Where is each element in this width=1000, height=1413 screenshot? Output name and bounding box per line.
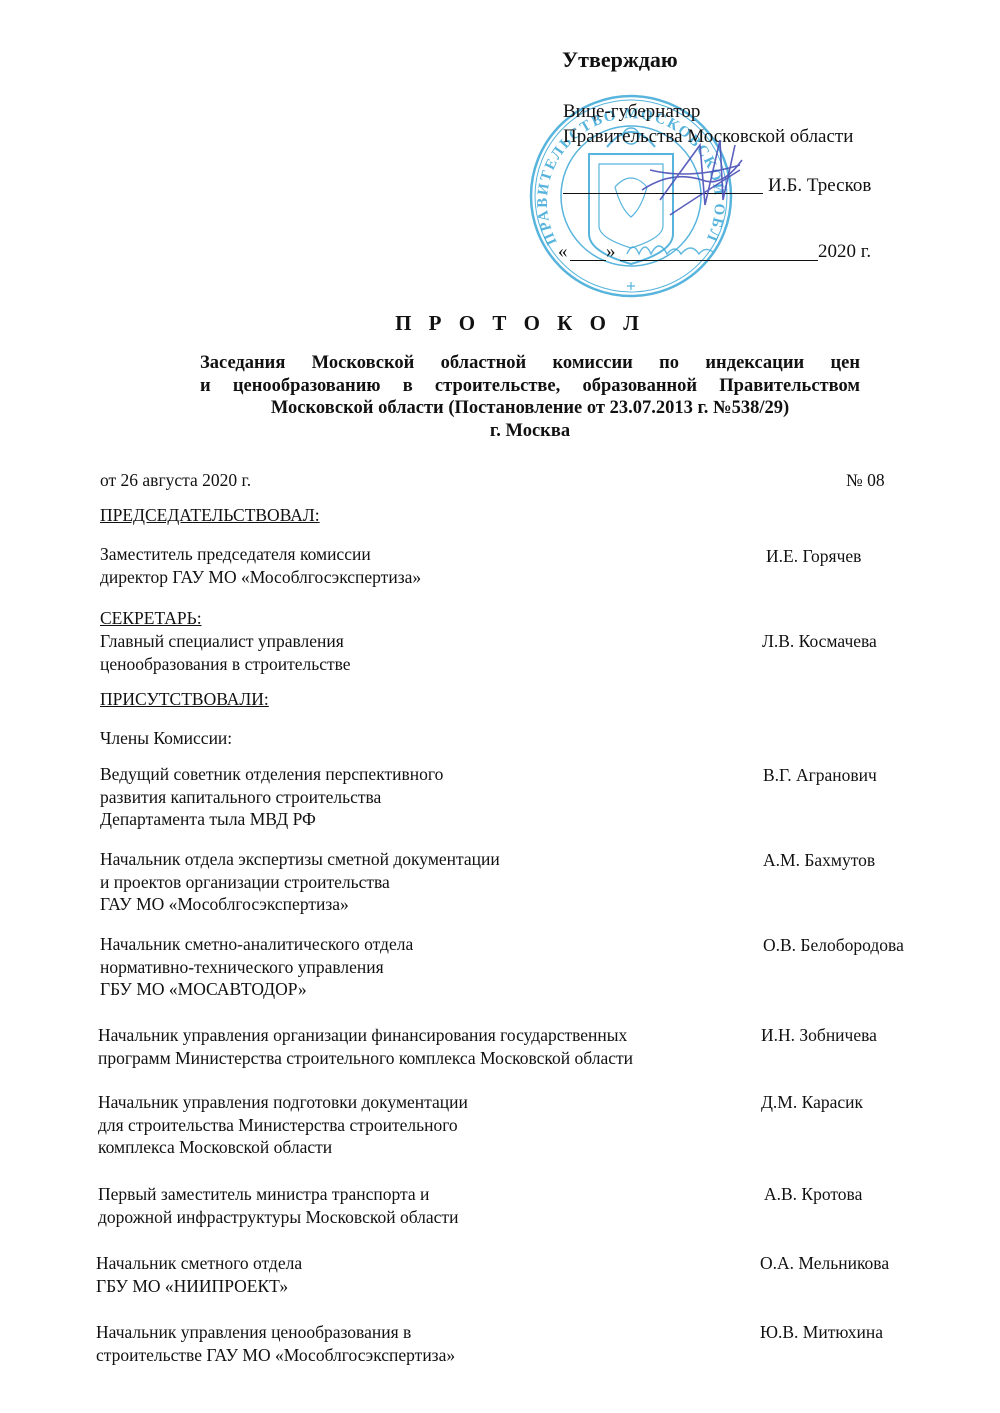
protocol-number: № 08 [846,469,885,491]
position-line: Начальник управления организации финанси… [98,1024,633,1047]
member-position: Начальник управления подготовки документ… [98,1091,468,1159]
member-name: А.М. Бахмутов [763,850,875,871]
date-day-blank [570,260,606,261]
member-position: Начальник управления ценообразования в с… [96,1321,455,1366]
chaired-position: Заместитель председателя комиссии директ… [100,543,421,588]
position-line: нормативно-технического управления [100,956,413,979]
approval-signatory: И.Б. Тресков [768,174,871,198]
date-close-quote: » [606,240,616,264]
member-position: Начальник управления организации финанси… [98,1024,633,1069]
secretary-position: Главный специалист управления ценообразо… [100,630,351,675]
position-line: строительстве ГАУ МО «Мособлгосэкспертиз… [96,1344,455,1367]
position-line: комплекса Московской области [98,1136,468,1159]
protocol-title: П Р О Т О К О Л [0,311,1000,336]
chaired-name: И.Е. Горячев [766,546,861,567]
position-line: Заместитель председателя комиссии [100,543,421,566]
subtitle-line: г. Москва [200,420,860,443]
position-line: ГБУ МО «НИИПРОЕКТ» [96,1275,302,1298]
protocol-subtitle: Заседания Московской областной комиссии … [200,352,860,442]
position-line: Главный специалист управления [100,630,351,653]
position-line: директор ГАУ МО «Мособлгосэкспертиза» [100,566,421,589]
subtitle-line: Московской области (Постановление от 23.… [200,397,860,420]
chaired-heading: ПРЕДСЕДАТЕЛЬСТВОВАЛ: [100,505,320,526]
handwritten-signature-icon [640,130,750,220]
position-line: Начальник сметного отдела [96,1252,302,1275]
position-line: программ Министерства строительного комп… [98,1047,633,1070]
secretary-name: Л.В. Космачева [762,631,877,652]
member-name: А.В. Кротова [764,1184,862,1205]
position-line: Начальник сметно-аналитического отдела [100,933,413,956]
member-position: Ведущий советник отделения перспективног… [100,763,443,831]
member-name: И.Н. Зобничева [761,1025,877,1046]
subtitle-line: Заседания Московской областной комиссии … [200,352,860,375]
secretary-heading: СЕКРЕТАРЬ: [100,608,202,629]
member-position: Первый заместитель министра транспорта и… [98,1183,458,1228]
position-line: Ведущий советник отделения перспективног… [100,763,443,786]
position-line: развития капитального строительства [100,786,443,809]
position-line: Начальник управления ценообразования в [96,1321,455,1344]
position-line: дорожной инфраструктуры Московской облас… [98,1206,458,1229]
position-line: Начальник управления подготовки документ… [98,1091,468,1114]
position-line: Первый заместитель министра транспорта и [98,1183,458,1206]
subtitle-line: и ценообразованию в строительстве, образ… [200,375,860,398]
position-line: Начальник отдела экспертизы сметной доку… [100,848,500,871]
member-name: В.Г. Агранович [763,765,877,786]
member-name: О.А. Мельникова [760,1253,889,1274]
protocol-date: от 26 августа 2020 г. [100,469,251,491]
approval-position-line1: Вице-губернатор [563,100,700,124]
position-line: ценообразования в строительстве [100,653,351,676]
position-line: для строительства Министерства строитель… [98,1114,468,1137]
date-open-quote: « [558,240,568,264]
member-position: Начальник отдела экспертизы сметной доку… [100,848,500,916]
approval-title: Утверждаю [562,47,678,73]
member-name: Ю.В. Митюхина [760,1322,883,1343]
handwritten-month-icon [625,236,745,260]
member-position: Начальник сметно-аналитического отдела н… [100,933,413,1001]
position-line: ГАУ МО «Мособлгосэкспертиза» [100,893,500,916]
member-name: О.В. Белобородова [763,935,904,956]
member-position: Начальник сметного отдела ГБУ МО «НИИПРО… [96,1252,302,1297]
present-heading: ПРИСУТСТВОВАЛИ: [100,689,269,710]
position-line: и проектов организации строительства [100,871,500,894]
position-line: ГБУ МО «МОСАВТОДОР» [100,978,413,1001]
member-name: Д.М. Карасик [761,1092,863,1113]
position-line: Департамента тыла МВД РФ [100,808,443,831]
approval-date-year: 2020 г. [818,240,871,264]
members-label: Члены Комиссии: [100,727,232,749]
date-month-blank [620,260,818,261]
